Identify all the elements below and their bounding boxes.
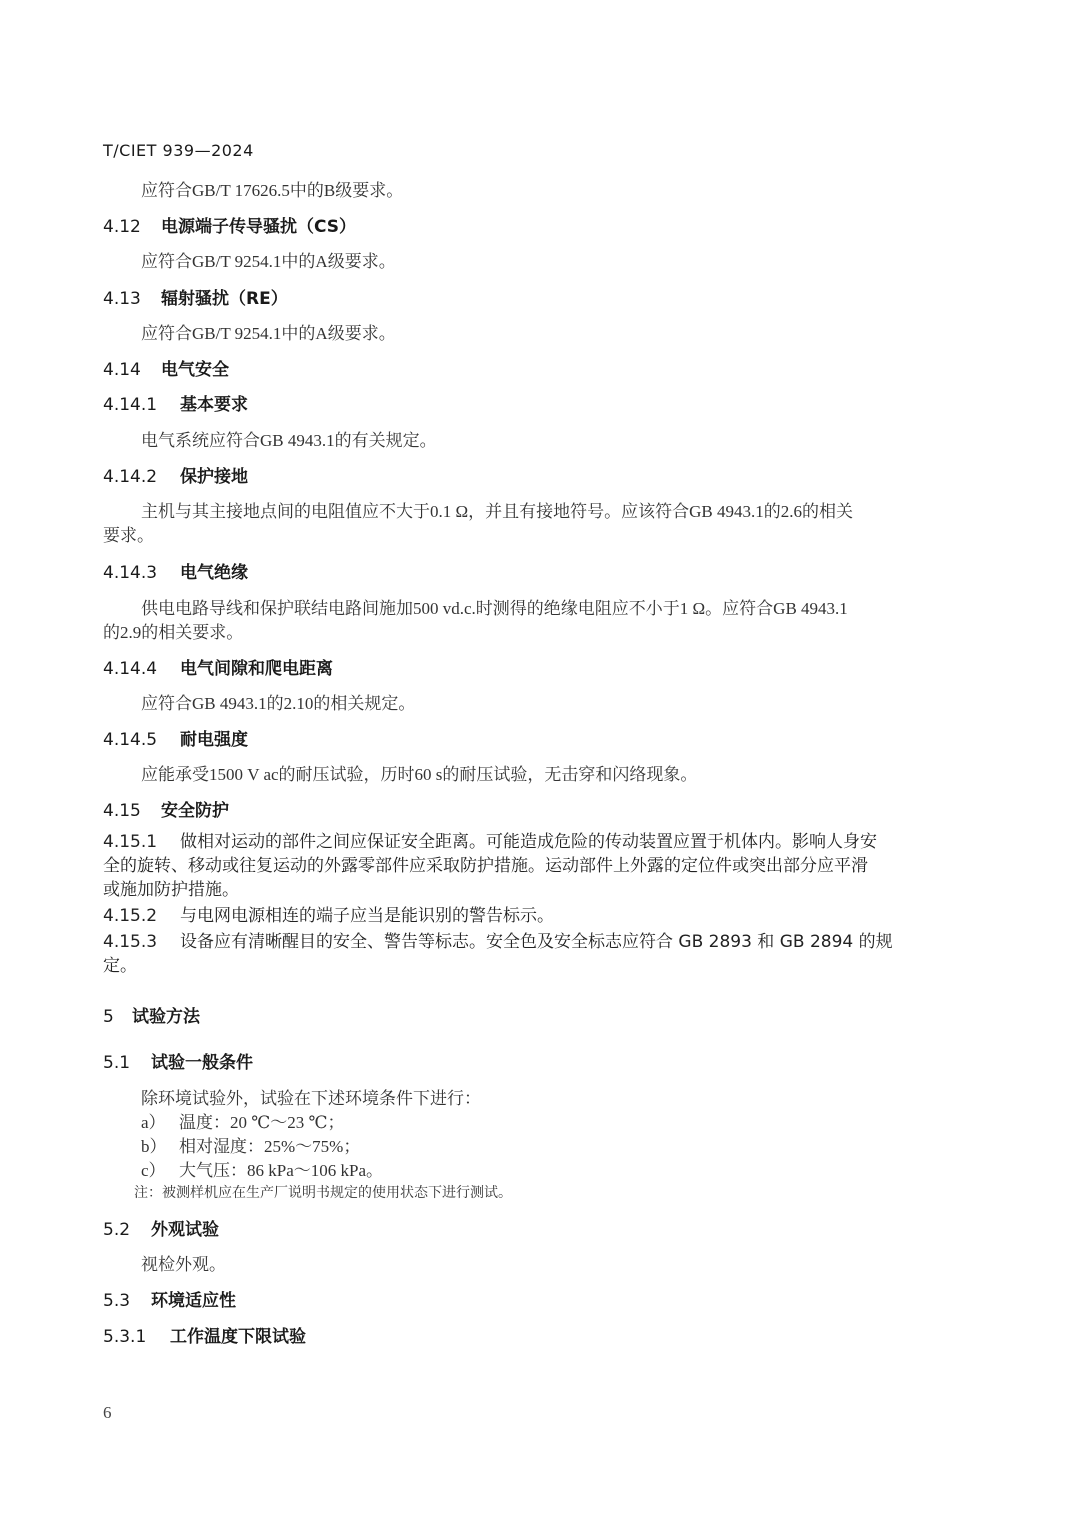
heading-4-14-5: 4.14.5耐电强度 — [103, 725, 248, 750]
heading-title: 保护接地 — [180, 467, 248, 487]
heading-number: 4.14.2 — [103, 467, 180, 487]
clause-number: 4.15.2 — [103, 904, 180, 928]
heading-number: 4.14.1 — [103, 395, 180, 415]
heading-title: 试验方法 — [132, 1007, 200, 1027]
heading-title: 基本要求 — [180, 395, 248, 415]
paragraph-5-2: 视检外观。 — [141, 1250, 226, 1275]
paragraph-4-14-3-line1: 供电电路导线和保护联结电路间施加500 vd.c.时测得的绝缘电阻应不小于1 Ω… — [141, 594, 848, 619]
heading-number: 4.15 — [103, 801, 161, 821]
paragraph-4-11: 应符合GB/T 17626.5中的B级要求。 — [141, 176, 403, 201]
list-label: a） — [141, 1108, 179, 1133]
heading-title: 电气绝缘 — [180, 563, 248, 583]
heading-4-14-2: 4.14.2保护接地 — [103, 462, 248, 487]
page-number: 6 — [103, 1403, 112, 1423]
paragraph-5-1-intro: 除环境试验外，试验在下述环境条件下进行： — [141, 1084, 481, 1109]
paragraph-4-14-5: 应能承受1500 V ac的耐压试验，历时60 s的耐压试验，无击穿和闪络现象。 — [141, 760, 697, 785]
heading-4-14-3: 4.14.3电气绝缘 — [103, 558, 248, 583]
heading-title: 电源端子传导骚扰（CS） — [161, 217, 356, 237]
paragraph-4-14-4: 应符合GB 4943.1的2.10的相关规定。 — [141, 689, 415, 714]
clause-number: 4.15.3 — [103, 930, 180, 954]
heading-number: 5.1 — [103, 1053, 151, 1073]
paragraph-4-14-2-line1: 主机与其主接地点间的电阻值应不大于0.1 Ω，并且有接地符号。应该符合GB 49… — [141, 497, 853, 522]
paragraph-4-14-3-line2: 的2.9的相关要求。 — [103, 618, 243, 643]
heading-5-2: 5.2外观试验 — [103, 1215, 219, 1240]
list-item-b: b）相对湿度：25%～75%； — [141, 1132, 360, 1157]
heading-title: 辐射骚扰（RE） — [161, 289, 288, 309]
document-page: T/CIET 939—2024 应符合GB/T 17626.5中的B级要求。 4… — [0, 0, 1080, 1527]
heading-number: 4.14.4 — [103, 659, 180, 679]
list-item-c: c）大气压：86 kPa～106 kPa。 — [141, 1156, 383, 1181]
heading-title: 试验一般条件 — [151, 1053, 253, 1073]
paragraph-4-14-1: 电气系统应符合GB 4943.1的有关规定。 — [141, 426, 437, 451]
list-label: b） — [141, 1132, 179, 1157]
heading-number: 5 — [103, 1007, 132, 1027]
clause-4-15-1-line3: 或施加防护措施。 — [103, 878, 239, 902]
heading-number: 4.12 — [103, 217, 161, 237]
document-id: T/CIET 939—2024 — [103, 141, 254, 160]
heading-title: 环境适应性 — [151, 1291, 236, 1311]
heading-number: 5.3.1 — [103, 1327, 170, 1347]
list-text: 温度：20 ℃～23 ℃； — [179, 1113, 345, 1132]
heading-4-14-4: 4.14.4电气间隙和爬电距离 — [103, 654, 333, 679]
heading-5-3: 5.3环境适应性 — [103, 1286, 236, 1311]
heading-number: 5.2 — [103, 1220, 151, 1240]
list-item-a: a）温度：20 ℃～23 ℃； — [141, 1108, 345, 1133]
heading-title: 电气安全 — [161, 360, 229, 380]
heading-5: 5试验方法 — [103, 1002, 200, 1027]
heading-number: 4.13 — [103, 289, 161, 309]
clause-4-15-3-line1: 4.15.3设备应有清晰醒目的安全、警告等标志。安全色及安全标志应符合 GB 2… — [103, 930, 893, 954]
clause-4-15-2: 4.15.2与电网电源相连的端子应当是能识别的警告标示。 — [103, 904, 554, 928]
heading-title: 耐电强度 — [180, 730, 248, 750]
heading-4-15: 4.15安全防护 — [103, 796, 229, 821]
clause-text: 设备应有清晰醒目的安全、警告等标志。安全色及安全标志应符合 GB 2893 和 … — [180, 932, 893, 952]
note-5-1: 注：被测样机应在生产厂说明书规定的使用状态下进行测试。 — [134, 1182, 512, 1202]
clause-4-15-1-line2: 全的旋转、移动或往复运动的外露零部件应采取防护措施。运动部件上外露的定位件或突出… — [103, 854, 868, 878]
heading-title: 工作温度下限试验 — [170, 1327, 306, 1347]
heading-title: 安全防护 — [161, 801, 229, 821]
heading-5-1: 5.1试验一般条件 — [103, 1048, 253, 1073]
clause-text: 与电网电源相连的端子应当是能识别的警告标示。 — [180, 906, 554, 926]
list-label: c） — [141, 1156, 179, 1181]
heading-number: 4.14.5 — [103, 730, 180, 750]
paragraph-4-14-2-line2: 要求。 — [103, 521, 154, 546]
heading-5-3-1: 5.3.1工作温度下限试验 — [103, 1322, 306, 1347]
heading-4-14-1: 4.14.1基本要求 — [103, 390, 248, 415]
list-text: 相对湿度：25%～75%； — [179, 1137, 360, 1156]
heading-4-14: 4.14电气安全 — [103, 355, 229, 380]
clause-text: 做相对运动的部件之间应保证安全距离。可能造成危险的传动装置应置于机体内。影响人身… — [180, 832, 877, 852]
list-text: 大气压：86 kPa～106 kPa。 — [179, 1161, 383, 1180]
heading-4-12: 4.12电源端子传导骚扰（CS） — [103, 212, 356, 237]
heading-4-13: 4.13辐射骚扰（RE） — [103, 284, 288, 309]
heading-title: 电气间隙和爬电距离 — [180, 659, 333, 679]
clause-number: 4.15.1 — [103, 830, 180, 854]
clause-4-15-3-line2: 定。 — [103, 954, 137, 978]
heading-number: 5.3 — [103, 1291, 151, 1311]
heading-title: 外观试验 — [151, 1220, 219, 1240]
paragraph-4-13: 应符合GB/T 9254.1中的A级要求。 — [141, 319, 396, 344]
clause-4-15-1-line1: 4.15.1做相对运动的部件之间应保证安全距离。可能造成危险的传动装置应置于机体… — [103, 830, 877, 854]
heading-number: 4.14.3 — [103, 563, 180, 583]
paragraph-4-12: 应符合GB/T 9254.1中的A级要求。 — [141, 247, 396, 272]
heading-number: 4.14 — [103, 360, 161, 380]
